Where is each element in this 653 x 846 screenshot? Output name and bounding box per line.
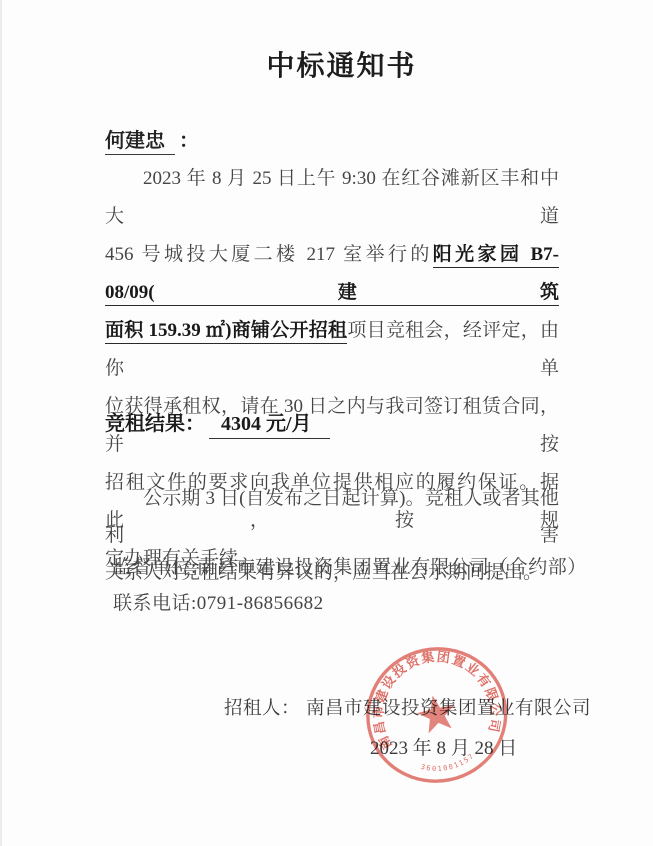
company-seal: 南昌市建设投资集团置业有限公司 36010011578	[338, 624, 536, 808]
body-text: 456 号城投大厦二楼 217 室举行的	[105, 244, 433, 265]
notice-document-page: 中标通知书 何建忠： 2023 年 8 月 25 日上午 9:30 在红谷滩新区…	[0, 0, 653, 846]
document-title: 中标通知书	[16, 44, 653, 84]
salutation-colon: ：	[179, 130, 199, 152]
text-line: 456 号城投大厦二楼 217 室举行的阳光家园 B7-08/09(建筑	[105, 236, 559, 312]
bid-result-value: 4304 元/月	[209, 413, 330, 439]
bid-result-line: 竞租结果：4304 元/月	[105, 407, 330, 436]
emphasized-text: 面积 159.39 ㎡)商铺公开招租	[105, 320, 347, 344]
salutation-line: 何建忠：	[105, 124, 199, 153]
text-line: 公示期 3 日(自发布之日起计算)。竞租人或者其他利害	[105, 480, 559, 554]
supervisor-line: 监督单位:南昌市建设投资集团置业有限公司（合约部）	[113, 552, 587, 579]
seal-star-icon	[414, 692, 459, 735]
text-line: 面积 159.39 ㎡)商铺公开招租项目竞租会，经评定，由你单	[105, 312, 559, 388]
bid-result-label: 竞租结果：	[105, 413, 205, 435]
lessor-label: 招租人：	[224, 699, 300, 719]
body-text: 2023 年 8 月 25 日上午 9:30 在红谷滩新区丰和中大道	[105, 168, 559, 227]
contact-phone-line: 联系电话:0791-86856682	[113, 588, 324, 615]
addressee-name: 何建忠	[105, 130, 175, 155]
body-text: 公示期 3 日(自发布之日起计算)。竞租人或者其他利害	[105, 488, 559, 546]
text-line: 2023 年 8 月 25 日上午 9:30 在红谷滩新区丰和中大道	[105, 160, 559, 236]
